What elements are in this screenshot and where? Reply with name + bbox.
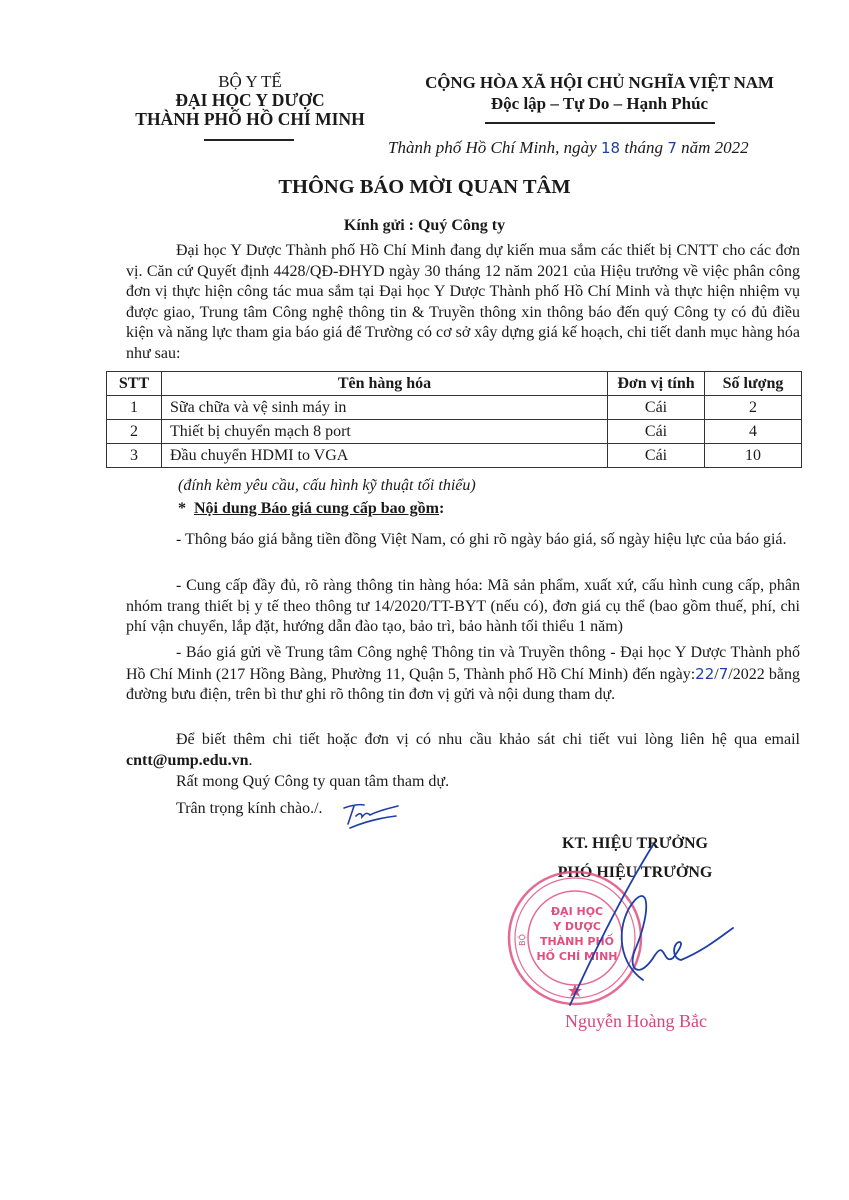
row-stt: 3 (107, 444, 162, 468)
row-stt: 1 (107, 396, 162, 420)
section-bullet: * (178, 500, 186, 517)
handwritten-deadline-month: 7 (719, 665, 729, 683)
requirement-item: - Thông báo giá bằng tiền đồng Việt Nam,… (126, 530, 800, 551)
university-name-line2: THÀNH PHỐ HỒ CHÍ MINH (108, 110, 392, 129)
row-item-name: Sữa chữa và vệ sinh máy in (162, 396, 608, 420)
handwritten-signature-icon (555, 840, 735, 1010)
table-row: 3 Đầu chuyển HDMI to VGA Cái 10 (107, 444, 802, 468)
initials-signature-icon (340, 800, 402, 830)
dateline-prefix: Thành phố Hồ Chí Minh, ngày (388, 138, 597, 157)
issuer-underline (204, 139, 294, 141)
delivery-paragraph: - Báo giá gửi về Trung tâm Công nghệ Thô… (126, 643, 800, 706)
row-unit: Cái (608, 396, 705, 420)
ministry-name: BỘ Y TẾ (108, 72, 392, 91)
intro-paragraph: Đại học Y Dược Thành phố Hồ Chí Minh đan… (126, 241, 800, 365)
stamp-side-text: BỘ (516, 934, 527, 946)
table-row: 2 Thiết bị chuyển mạch 8 port Cái 4 (107, 420, 802, 444)
requirement-item: - Cung cấp đầy đủ, rõ ràng thông tin hàn… (126, 576, 800, 638)
row-unit: Cái (608, 420, 705, 444)
section-heading: * Nội dung Báo giá cung cấp bao gồm: (178, 500, 444, 518)
header-item-name: Tên hàng hóa (162, 372, 608, 396)
row-quantity: 2 (705, 396, 802, 420)
table-header-row: STT Tên hàng hóa Đơn vị tính Số lượng (107, 372, 802, 396)
nation-name: CỘNG HÒA XÃ HỘI CHỦ NGHĨA VIỆT NAM (408, 72, 791, 93)
contact-email[interactable]: cntt@ump.edu.vn (126, 752, 248, 769)
greeting: Kính gửi : Quý Công ty (0, 217, 849, 235)
row-quantity: 10 (705, 444, 802, 468)
university-name-line1: ĐẠI HỌC Y DƯỢC (108, 91, 392, 110)
handwritten-deadline-day: 22 (695, 665, 714, 683)
closing-salutation: Trân trọng kính chào./. (176, 800, 323, 818)
section-heading-text: Nội dung Báo giá cung cấp bao gồm (194, 500, 439, 517)
header-stt: STT (107, 372, 162, 396)
table-note: (đính kèm yêu cầu, cấu hình kỹ thuật tối… (178, 477, 476, 495)
handwritten-month: 7 (667, 139, 677, 157)
row-stt: 2 (107, 420, 162, 444)
dateline-month-label: tháng (624, 138, 663, 157)
national-motto: Độc lập – Tự Do – Hạnh Phúc (408, 93, 791, 114)
signer-name: Nguyễn Hoàng Bắc (565, 1011, 707, 1032)
header-quantity: Số lượng (705, 372, 802, 396)
section-colon: : (439, 500, 444, 517)
dateline: Thành phố Hồ Chí Minh, ngày 18 tháng 7 n… (388, 138, 749, 158)
handwritten-day: 18 (601, 139, 620, 157)
contact-end: . (248, 752, 252, 769)
row-unit: Cái (608, 444, 705, 468)
document-title: THÔNG BÁO MỜI QUAN TÂM (0, 176, 849, 199)
national-header: CỘNG HÒA XÃ HỘI CHỦ NGHĨA VIỆT NAM Độc l… (408, 72, 791, 114)
issuer-header: BỘ Y TẾ ĐẠI HỌC Y DƯỢC THÀNH PHỐ HỒ CHÍ … (108, 72, 392, 129)
header-unit: Đơn vị tính (608, 372, 705, 396)
dateline-year: năm 2022 (681, 138, 749, 157)
row-quantity: 4 (705, 420, 802, 444)
items-table: STT Tên hàng hóa Đơn vị tính Số lượng 1 … (106, 371, 802, 468)
contact-paragraph: Để biết thêm chi tiết hoặc đơn vị có nhu… (126, 730, 800, 771)
motto-underline (485, 122, 715, 124)
row-item-name: Thiết bị chuyển mạch 8 port (162, 420, 608, 444)
contact-text: Để biết thêm chi tiết hoặc đơn vị có nhu… (176, 731, 800, 748)
table-row: 1 Sữa chữa và vệ sinh máy in Cái 2 (107, 396, 802, 420)
row-item-name: Đầu chuyển HDMI to VGA (162, 444, 608, 468)
closing-line: Rất mong Quý Công ty quan tâm tham dự. (176, 773, 449, 791)
